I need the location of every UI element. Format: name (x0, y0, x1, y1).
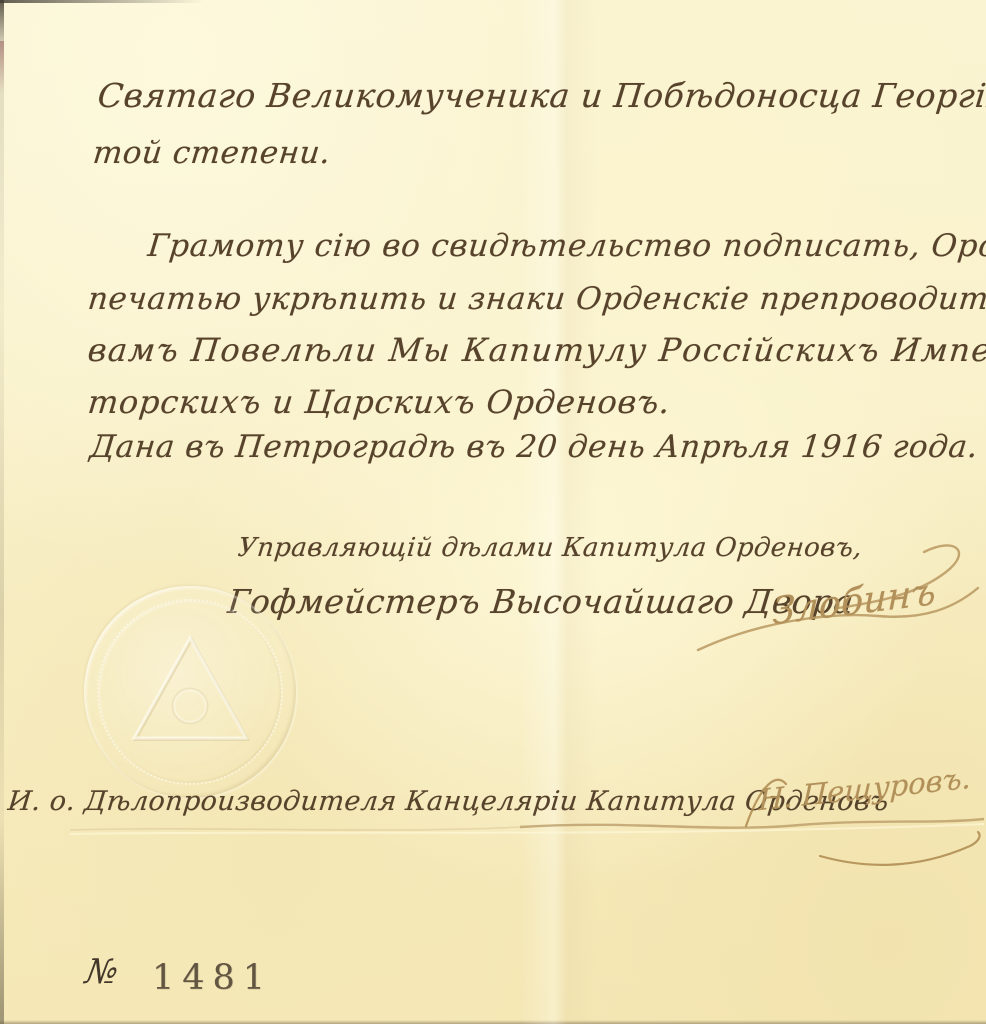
manager-signature: Злобинъ (772, 570, 936, 633)
paper-edge-bottom (0, 1020, 986, 1024)
grant-line-1: Святаго Великомученика и Побѣдоносца Гео… (96, 76, 986, 115)
paper-edge-top (0, 0, 240, 3)
number-value: 1481 (152, 958, 273, 998)
vertical-fold-line (520, 0, 596, 1024)
body-line-4: торскихъ и Царскихъ Орденовъ. (86, 383, 672, 421)
document-page: Святаго Великомученика и Побѣдоносца Гео… (0, 0, 986, 1024)
embossed-seal (84, 586, 296, 798)
numero-sign: № (82, 952, 121, 992)
body-line-3: вамъ Повелѣли Мы Капитулу Россійскихъ Им… (86, 331, 986, 369)
body-line-2: печатью укрѣпить и знаки Орденскіе препр… (86, 281, 986, 317)
manager-title-line-2: Гофмейстеръ Высочайшаго Двора (226, 582, 856, 621)
date-line: Дана въ Петроградѣ въ 20 день Апрѣля 191… (88, 429, 980, 465)
grant-line-2: той степени. (91, 135, 332, 171)
seal-emblem-triangle-icon (84, 586, 296, 798)
manager-title-line-1: Управляющій дѣлами Капитула Орденовъ, (236, 533, 863, 563)
body-line-1: Грамоту сію во свидѣтельство подписать, … (146, 228, 986, 264)
paper-edge-left (0, 0, 4, 1024)
